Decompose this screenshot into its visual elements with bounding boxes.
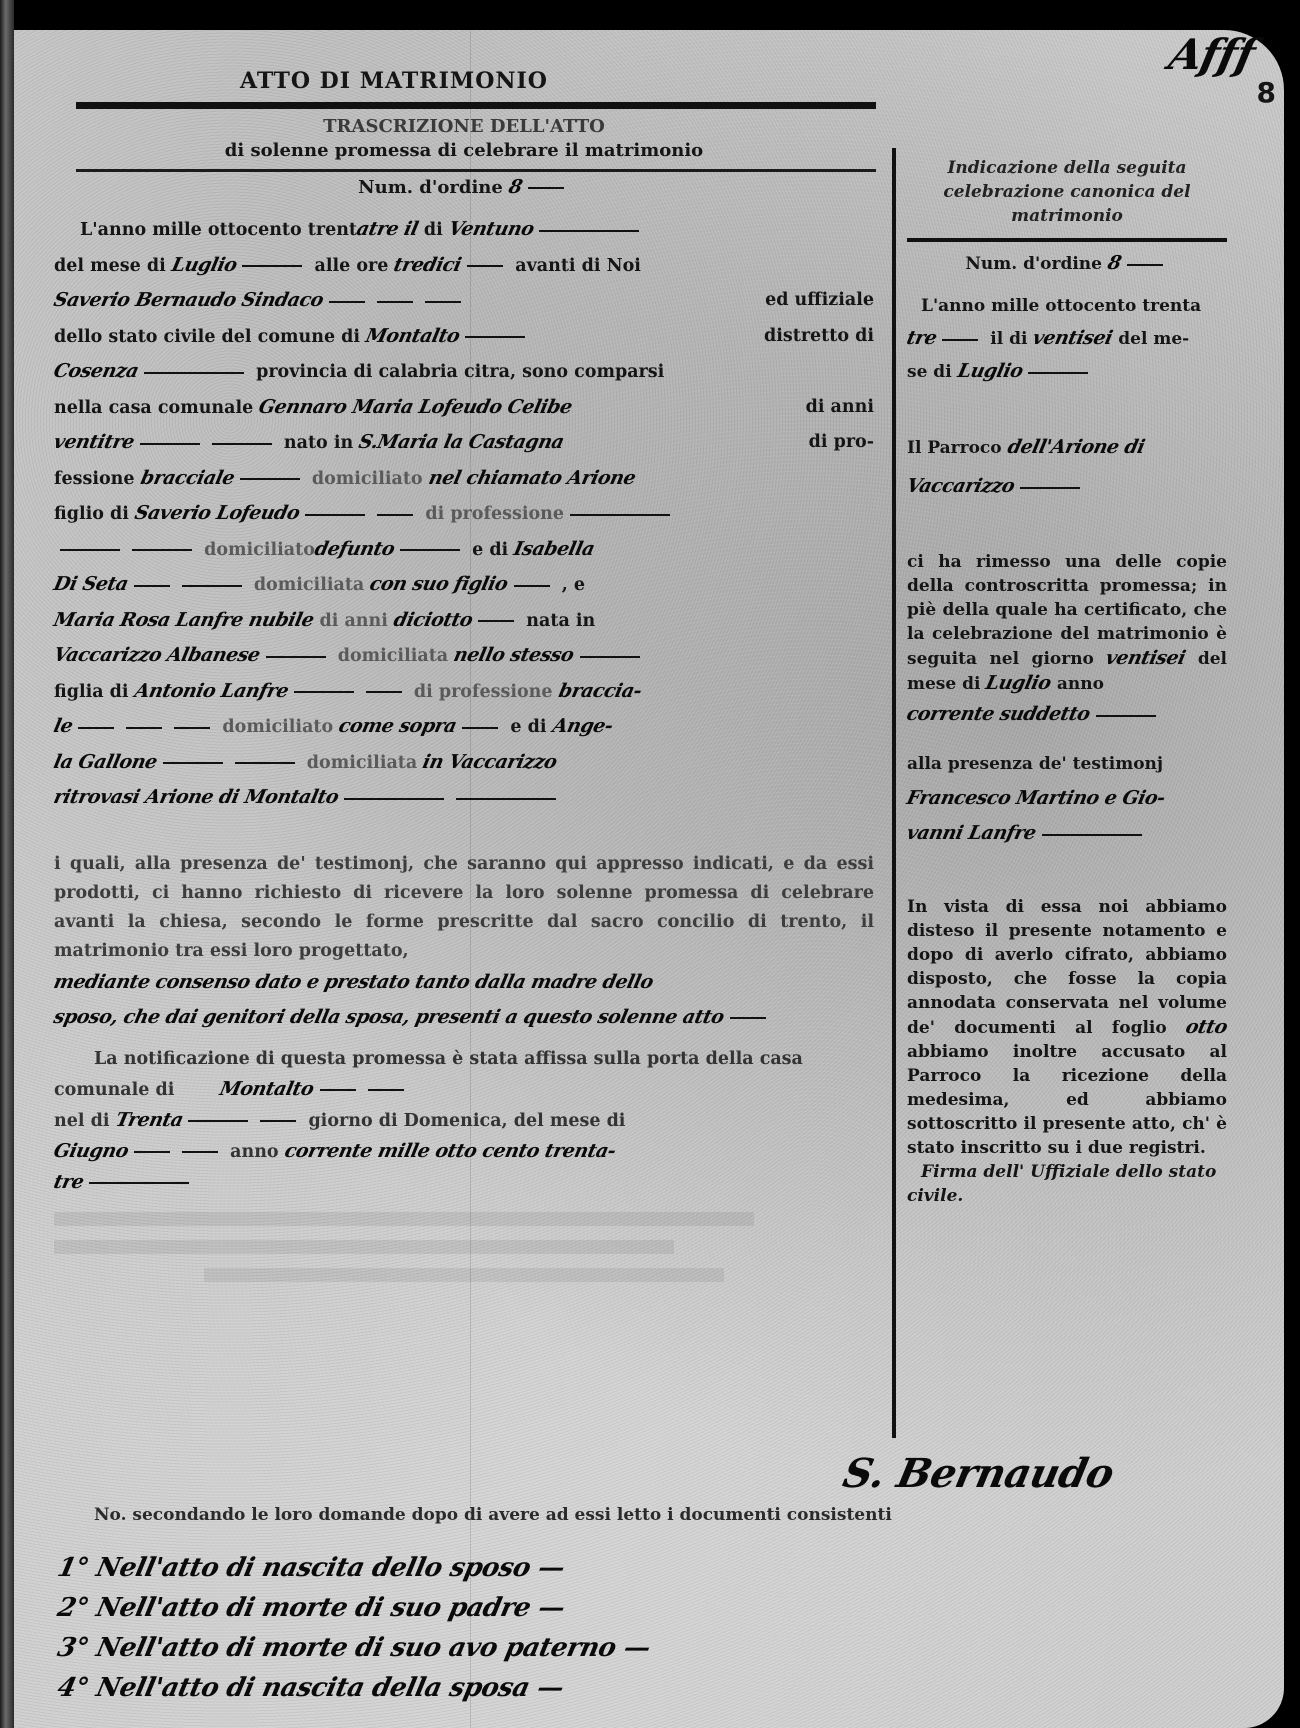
handwritten-entry: Luglio <box>954 355 1025 387</box>
printed-text: di pro- <box>809 425 874 460</box>
printed-text: e di <box>472 540 508 560</box>
printed-text: dello stato civile del comune di <box>54 327 360 347</box>
handwritten-entry: 3° Nell'atto di morte di suo avo paterno… <box>54 1628 654 1668</box>
handwritten-entry: atre il <box>353 212 421 247</box>
printed-text: distretto di <box>764 319 874 354</box>
handwritten-entry: ventisei <box>1104 646 1188 670</box>
handwritten-entry: Isabella <box>511 532 598 567</box>
right-order-number: Num. d'ordine 8 <box>907 252 1227 274</box>
document-item: 4° Nell'atto di nascita della sposa — <box>58 1668 650 1708</box>
right-column-heading: Indicazione della seguita celebrazione c… <box>907 156 1227 228</box>
printed-text: fessione <box>54 469 135 489</box>
bottom-note: No. secondando le loro domande dopo di a… <box>94 1505 1154 1525</box>
record-line: Cosenza provincia di calabria citra, son… <box>54 354 874 390</box>
printed-text: domiciliato <box>222 717 333 737</box>
handwritten-entry: Di Seta <box>50 567 131 602</box>
handwritten-entry: 4° Nell'atto di nascita della sposa — <box>54 1668 568 1708</box>
printed-text: il di <box>990 329 1027 349</box>
documents-list: 1° Nell'atto di nascita dello sposo — 2°… <box>58 1548 650 1708</box>
record-line: la Gallone domiciliata in Vaccarizzo <box>54 745 874 781</box>
document-page: Afff 8 ATTO DI MATRIMONIO TRASCRIZIONE D… <box>14 30 1284 1728</box>
printed-text: di professione <box>414 682 553 702</box>
handwritten-entry: Maria Rosa Lanfre nubile <box>50 603 317 638</box>
handwritten-entry: ventisei <box>1030 322 1116 354</box>
record-line: le domiciliato come sopra e di Ange- <box>54 709 874 745</box>
column-divider <box>892 148 896 1438</box>
order-number: Num. d'ordine 8 <box>54 176 874 198</box>
handwritten-entry: braccia- <box>555 674 645 709</box>
handwritten-entry: diciotto <box>390 603 476 638</box>
document-title: ATTO DI MATRIMONIO <box>114 68 674 94</box>
document-item: 2° Nell'atto di morte di suo padre — <box>58 1588 650 1628</box>
handwritten-entry: bracciale <box>137 461 237 496</box>
handwritten-entry: corrente mille otto cento trenta- <box>281 1136 618 1166</box>
record-line: figlia di Antonio Lanfre di professione … <box>54 674 874 710</box>
printed-text: anno <box>230 1142 278 1162</box>
handwritten-entry: Montalto <box>177 1074 317 1104</box>
handwritten-entry: Luglio <box>168 248 240 283</box>
handwritten-entry: nel chiamato Arione <box>425 461 639 496</box>
handwritten-entry: dell'Arione di <box>1004 428 1148 466</box>
order-number-label: Num. d'ordine <box>358 177 503 198</box>
printed-text: nella casa comunale <box>54 398 253 418</box>
page-number: 8 <box>1257 76 1276 109</box>
record-line: ritrovasi Arione di Montalto <box>54 780 874 816</box>
handwritten-entry: Saverio Bernaudo Sindaco <box>50 283 326 318</box>
handwritten-entry: tre <box>904 322 940 354</box>
celebration-date: L'anno mille ottocento trenta tre il di … <box>907 290 1227 388</box>
handwritten-entry: in Vaccarizzo <box>420 745 561 780</box>
printed-text: del mese di <box>54 256 166 276</box>
record-line: Saverio Bernaudo Sindaco ed uffiziale <box>54 283 874 319</box>
handwritten-entry: Luglio <box>984 671 1054 695</box>
record-line: domiciliatodefunto e di Isabella <box>54 532 874 568</box>
handwritten-entry: tredici <box>391 248 465 283</box>
printed-text: di <box>424 220 443 240</box>
document-item: 3° Nell'atto di morte di suo avo paterno… <box>58 1628 650 1668</box>
handwritten-entry: Montalto <box>362 319 463 354</box>
record-line: nella casa comunale Gennaro Maria Lofeud… <box>54 390 874 426</box>
record-line: fessione bracciale domiciliato nel chiam… <box>54 461 874 497</box>
printed-paragraph: i quali, alla presenza de' testimonj, ch… <box>54 850 874 966</box>
printed-text: figlia di <box>54 682 129 702</box>
handwritten-entry: le <box>50 709 76 744</box>
witnesses: alla presenza de' testimonj Francesco Ma… <box>907 747 1227 851</box>
order-number-value: 8 <box>1106 252 1123 274</box>
printed-text: ed uffiziale <box>765 283 874 318</box>
printed-text: del me- <box>1118 329 1189 349</box>
handwritten-entry: Vaccarizzo Albanese <box>50 638 263 673</box>
notification-paragraph: La notificazione di questa promessa è st… <box>54 1044 874 1198</box>
handwritten-entry: Giugno <box>51 1136 131 1166</box>
faded-bleedthrough-text <box>54 1212 874 1282</box>
record-body: L'anno mille ottocento trentatre il di V… <box>54 212 874 816</box>
printed-text: domiciliato <box>312 469 423 489</box>
handwritten-entry: ritrovasi Arione di Montalto <box>50 780 341 815</box>
handwritten-entry: Gennaro Maria Lofeudo Celibe <box>256 390 576 425</box>
printed-text: se di <box>907 362 952 382</box>
printed-text: La notificazione di questa promessa è st… <box>54 1049 803 1100</box>
printed-text: L'anno mille ottocento trent <box>80 220 357 240</box>
record-line: del mese di Luglio alle ore tredici avan… <box>54 248 874 284</box>
handwritten-entry: 1° Nell'atto di nascita dello sposo — <box>54 1548 569 1588</box>
canonical-celebration-section: Indicazione della seguita celebrazione c… <box>907 60 1227 1208</box>
printed-text: alle ore <box>315 256 389 276</box>
handwritten-entry: Antonio Lanfre <box>131 674 291 709</box>
handwritten-entry: Saverio Lofeudo <box>131 496 303 531</box>
printed-text: avanti di Noi <box>515 256 641 276</box>
handwritten-entry: 2° Nell'atto di morte di suo padre — <box>54 1588 569 1628</box>
printed-text: abbiamo inoltre accusato al Parroco la r… <box>907 1042 1227 1158</box>
handwritten-entry: tre <box>51 1167 87 1197</box>
printed-text: domiciliata <box>338 646 448 666</box>
subtitle-promise: di solenne promessa di celebrare il matr… <box>54 139 874 163</box>
handwritten-entry: vanni Lanfre <box>903 816 1039 850</box>
printed-text: domiciliato <box>204 540 315 560</box>
printed-text: figlio di <box>54 504 129 524</box>
handwritten-entry: sposo, che dai genitori della sposa, pre… <box>50 999 727 1035</box>
handwritten-entry: Cosenza <box>50 354 141 389</box>
marriage-promise-section: ATTO DI MATRIMONIO TRASCRIZIONE DELL'ATT… <box>54 60 874 1296</box>
handwritten-entry: ventitre <box>50 425 137 460</box>
order-number-label: Num. d'ordine <box>965 254 1102 274</box>
handwritten-entry: Francesco Martino e Gio- <box>903 781 1168 815</box>
printed-text: domiciliata <box>307 753 417 773</box>
printed-text: anno <box>1057 674 1104 694</box>
handwritten-entry: corrente suddetto <box>904 702 1092 726</box>
handwritten-entry: nello stesso <box>451 638 578 673</box>
printed-text: provincia di calabria citra, sono compar… <box>256 362 664 382</box>
handwritten-entry: otto <box>1184 1015 1230 1039</box>
handwritten-entry: defunto <box>311 532 397 567</box>
printed-text: di anni <box>806 390 874 425</box>
handwritten-continuation: mediante consenso dato e prestato tanto … <box>54 966 874 999</box>
printed-text: di professione <box>425 504 564 524</box>
printed-text: domiciliata <box>254 575 364 595</box>
handwritten-entry: Vaccarizzo <box>903 467 1018 505</box>
printed-text: Il Parroco <box>907 438 1002 458</box>
printed-text: , e <box>562 575 585 595</box>
heading-rule <box>907 238 1227 242</box>
subtitle-transcription: TRASCRIZIONE DELL'ATTO <box>54 115 874 139</box>
printed-text: nata in <box>526 611 595 631</box>
handwritten-entry: la Gallone <box>50 745 160 780</box>
handwritten-entry: come sopra <box>336 709 460 744</box>
book-binding-edge <box>0 0 14 1728</box>
signature-label: Firma dell' Uffiziale dello stato civile… <box>907 1160 1227 1208</box>
handwritten-entry: Ventuno <box>445 212 537 247</box>
title-rule <box>76 102 876 109</box>
printed-text: di anni <box>319 611 387 631</box>
printed-text: L'anno mille ottocento trenta <box>921 296 1201 316</box>
record-line: Maria Rosa Lanfre nubile di anni diciott… <box>54 603 874 639</box>
order-number-value: 8 <box>507 176 524 198</box>
printed-text: alla presenza de' testimonj <box>907 747 1227 781</box>
record-line: ventitre nato in S.Maria la Castagna di … <box>54 425 874 461</box>
registration-paragraph: In vista di essa noi abbiamo disteso il … <box>907 895 1227 1160</box>
handwritten-entry: S.Maria la Castagna <box>356 425 568 460</box>
record-line: Vaccarizzo Albanese domiciliata nello st… <box>54 638 874 674</box>
printed-text: e di <box>510 717 546 737</box>
document-item: 1° Nell'atto di nascita dello sposo — <box>58 1548 650 1588</box>
printed-text: nato in <box>284 433 353 453</box>
handwritten-entry: Trenta <box>112 1105 185 1135</box>
officer-signature: S. Bernaudo <box>839 1450 1118 1497</box>
parroco-line: Il Parroco dell'Arione di Vaccarizzo <box>907 428 1227 506</box>
printed-text: In vista di essa noi abbiamo disteso il … <box>907 897 1227 1038</box>
handwritten-entry: mediante consenso dato e prestato tanto … <box>51 966 657 998</box>
handwritten-continuation: sposo, che dai genitori della sposa, pre… <box>54 999 874 1036</box>
record-line: L'anno mille ottocento trentatre il di V… <box>54 212 874 248</box>
parroco-paragraph: ci ha rimesso una delle copie della cont… <box>907 550 1227 727</box>
subtitle-rule <box>76 169 876 172</box>
handwritten-entry: Ange- <box>549 709 616 744</box>
record-line: Di Seta domiciliata con suo figlio , e <box>54 567 874 603</box>
handwritten-entry: con suo figlio <box>367 567 512 602</box>
record-line: figlio di Saverio Lofeudo di professione <box>54 496 874 532</box>
printed-text: giorno di Domenica, del mese di <box>308 1111 625 1131</box>
record-line: dello stato civile del comune di Montalt… <box>54 319 874 355</box>
printed-text: nel di <box>54 1111 109 1131</box>
